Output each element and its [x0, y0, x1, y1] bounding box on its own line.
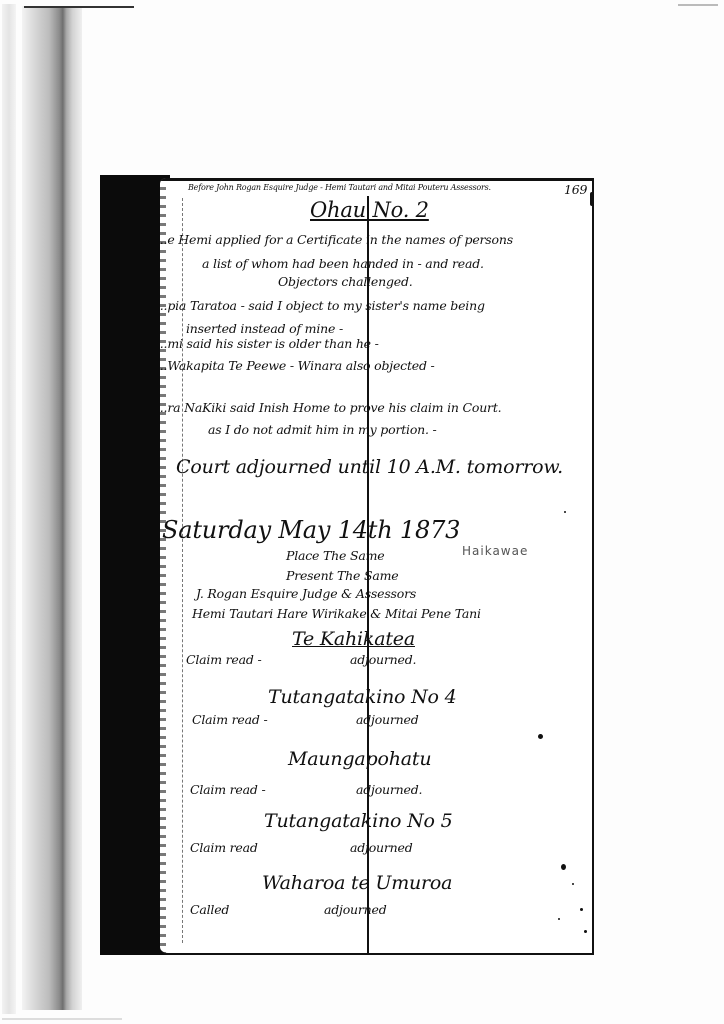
scanned-page: Before John Rogan Esquire Judge - Hemi T… — [0, 0, 724, 1024]
scan-edge-strip — [2, 4, 16, 1014]
text-line: Objectors challenged. — [278, 274, 413, 289]
book-spine-shadow — [22, 6, 82, 1010]
text-line: ...e Hemi applied for a Certificate in t… — [160, 232, 513, 247]
page-number: 169 — [564, 182, 587, 197]
case-status-right: adjourned. — [350, 652, 416, 667]
case-status-right: adjourned — [324, 902, 387, 917]
text-line: inserted instead of mine - — [186, 321, 343, 336]
text-line: ...ra NaKiki said Inish Home to prove hi… — [160, 400, 501, 415]
ink-speck — [584, 930, 587, 933]
top-right-edge-mark — [678, 4, 718, 6]
ink-speck — [561, 864, 566, 870]
ink-speck — [558, 918, 560, 920]
adjournment-line: Court adjourned until 10 A.M. tomorrow. — [176, 456, 563, 478]
case-status-left: Called — [190, 902, 229, 917]
case-heading: Tutangatakino No 5 — [264, 810, 452, 832]
ink-speck — [564, 511, 566, 513]
case-heading: Maungapohatu — [288, 748, 431, 770]
ink-speck — [538, 734, 543, 739]
case-heading: Te Kahikatea — [292, 628, 415, 650]
text-line: as I do not admit him in my portion. - — [208, 422, 437, 437]
ink-speck — [572, 883, 574, 885]
assessors-line: Hemi Tautari Hare Wirikake & Mitai Pene … — [192, 606, 481, 621]
bottom-edge-smudge — [2, 1018, 122, 1020]
case-heading: Waharoa te Umuroa — [262, 872, 452, 894]
case-heading: Tutangatakino No 4 — [268, 686, 456, 708]
text-line: ...pia Taratoa - said I object to my sis… — [160, 298, 485, 313]
date-heading: Saturday May 14th 1873 — [162, 516, 460, 544]
pencil-annotation: Haikawae — [462, 544, 528, 558]
ink-speck — [580, 908, 583, 911]
manuscript-page: Before John Rogan Esquire Judge - Hemi T… — [160, 178, 594, 955]
case-status-right: adjourned. — [356, 782, 422, 797]
case-status-right: adjourned — [356, 712, 419, 727]
header-line: Before John Rogan Esquire Judge - Hemi T… — [188, 183, 491, 192]
page-top-edge — [160, 178, 592, 181]
top-edge-rule — [24, 6, 134, 8]
text-line: ...Wakapita Te Peewe - Winara also objec… — [160, 358, 435, 373]
case-status-left: Claim read - — [186, 652, 261, 667]
place-line: Place The Same — [286, 548, 384, 563]
text-line: ...mi said his sister is older than he - — [160, 336, 379, 351]
case-status-right: adjourned — [350, 840, 413, 855]
section-heading: Ohau No. 2 — [310, 198, 429, 222]
right-edge-tab — [590, 192, 594, 206]
judge-line: J. Rogan Esquire Judge & Assessors — [196, 586, 416, 601]
case-status-left: Claim read - — [190, 782, 265, 797]
text-line: a list of whom had been handed in - and … — [202, 256, 484, 271]
case-status-left: Claim read - — [192, 712, 267, 727]
case-status-left: Claim read — [190, 840, 258, 855]
present-line: Present The Same — [286, 568, 398, 583]
